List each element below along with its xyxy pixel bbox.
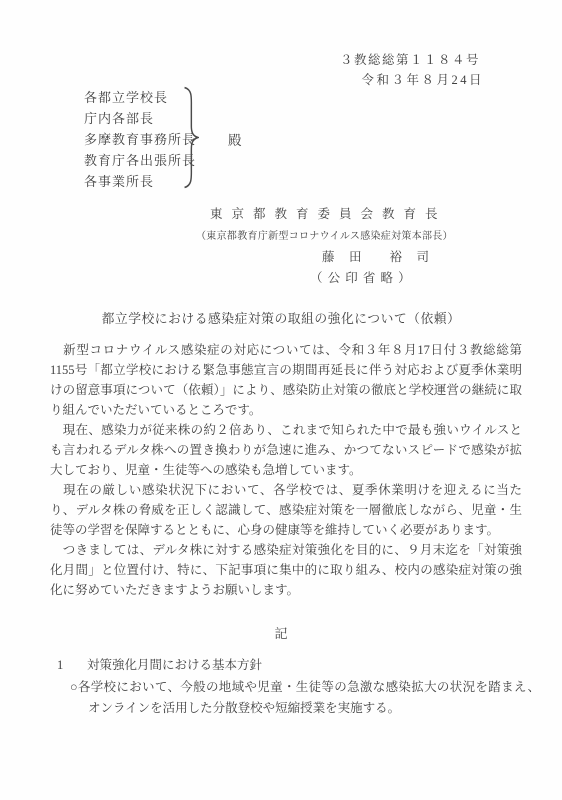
body-paragraph: 新型コロナウイルス感染症の対応については、令和３年８月17日付３教総総第1155… <box>50 340 522 420</box>
body-paragraph: 現在、感染力が従来株の約２倍あり、これまで知られた中で最も強いウイルスとも言われ… <box>50 420 522 480</box>
official-letter-page: ３教総総第１１８４号 令和３年８月24日 各都立学校長 庁内各部長 多摩教育事務… <box>0 0 562 800</box>
recipient-line: 各事業所長 <box>84 171 196 192</box>
body-paragraph: 現在の厳しい感染状況下において、各学校では、夏季休業明けを迎えるに当たり、デルタ… <box>50 480 522 540</box>
body-text: 新型コロナウイルス感染症の対応については、令和３年８月17日付３教総総第1155… <box>50 340 522 600</box>
recipient-brace-icon <box>182 86 199 189</box>
document-number: ３教総総第１１８４号 <box>340 50 480 68</box>
sender-subtitle: （東京都教育庁新型コロナウイルス感染症対策本部長） <box>196 227 453 242</box>
sender-title: 東京都教育委員会教育長 <box>210 204 447 222</box>
recipient-line: 教育庁各出張所長 <box>84 150 196 171</box>
recipient-line: 庁内各部長 <box>84 108 196 129</box>
section-number: 1 <box>57 658 87 673</box>
sender-name: 藤 田 裕 司 <box>322 247 430 265</box>
section-heading-row: 1対策強化月間における基本方針 <box>57 655 262 673</box>
recipient-line: 多摩教育事務所長 <box>84 129 196 150</box>
section-heading: 対策強化月間における基本方針 <box>87 658 262 672</box>
subject-line: 都立学校における感染症対策の取組の強化について（依頼） <box>0 308 562 327</box>
body-paragraph: つきましては、デルタ株に対する感染症対策強化を目的に、９月末迄を「対策強化月間」… <box>50 540 522 600</box>
seal-omitted-note: （ 公 印 省 略 ） <box>310 268 412 286</box>
document-date: 令和３年８月24日 <box>361 70 484 88</box>
honorific-label: 殿 <box>228 129 242 149</box>
section-bullet-item: ○各学校において、今般の地域や児童・生徒等の急激な感染拡大の状況を踏まえ、オンラ… <box>70 677 540 718</box>
recipient-list: 各都立学校長 庁内各部長 多摩教育事務所長 教育庁各出張所長 各事業所長 <box>84 87 196 192</box>
notice-marker: 記 <box>0 623 562 642</box>
recipient-line: 各都立学校長 <box>84 87 196 108</box>
